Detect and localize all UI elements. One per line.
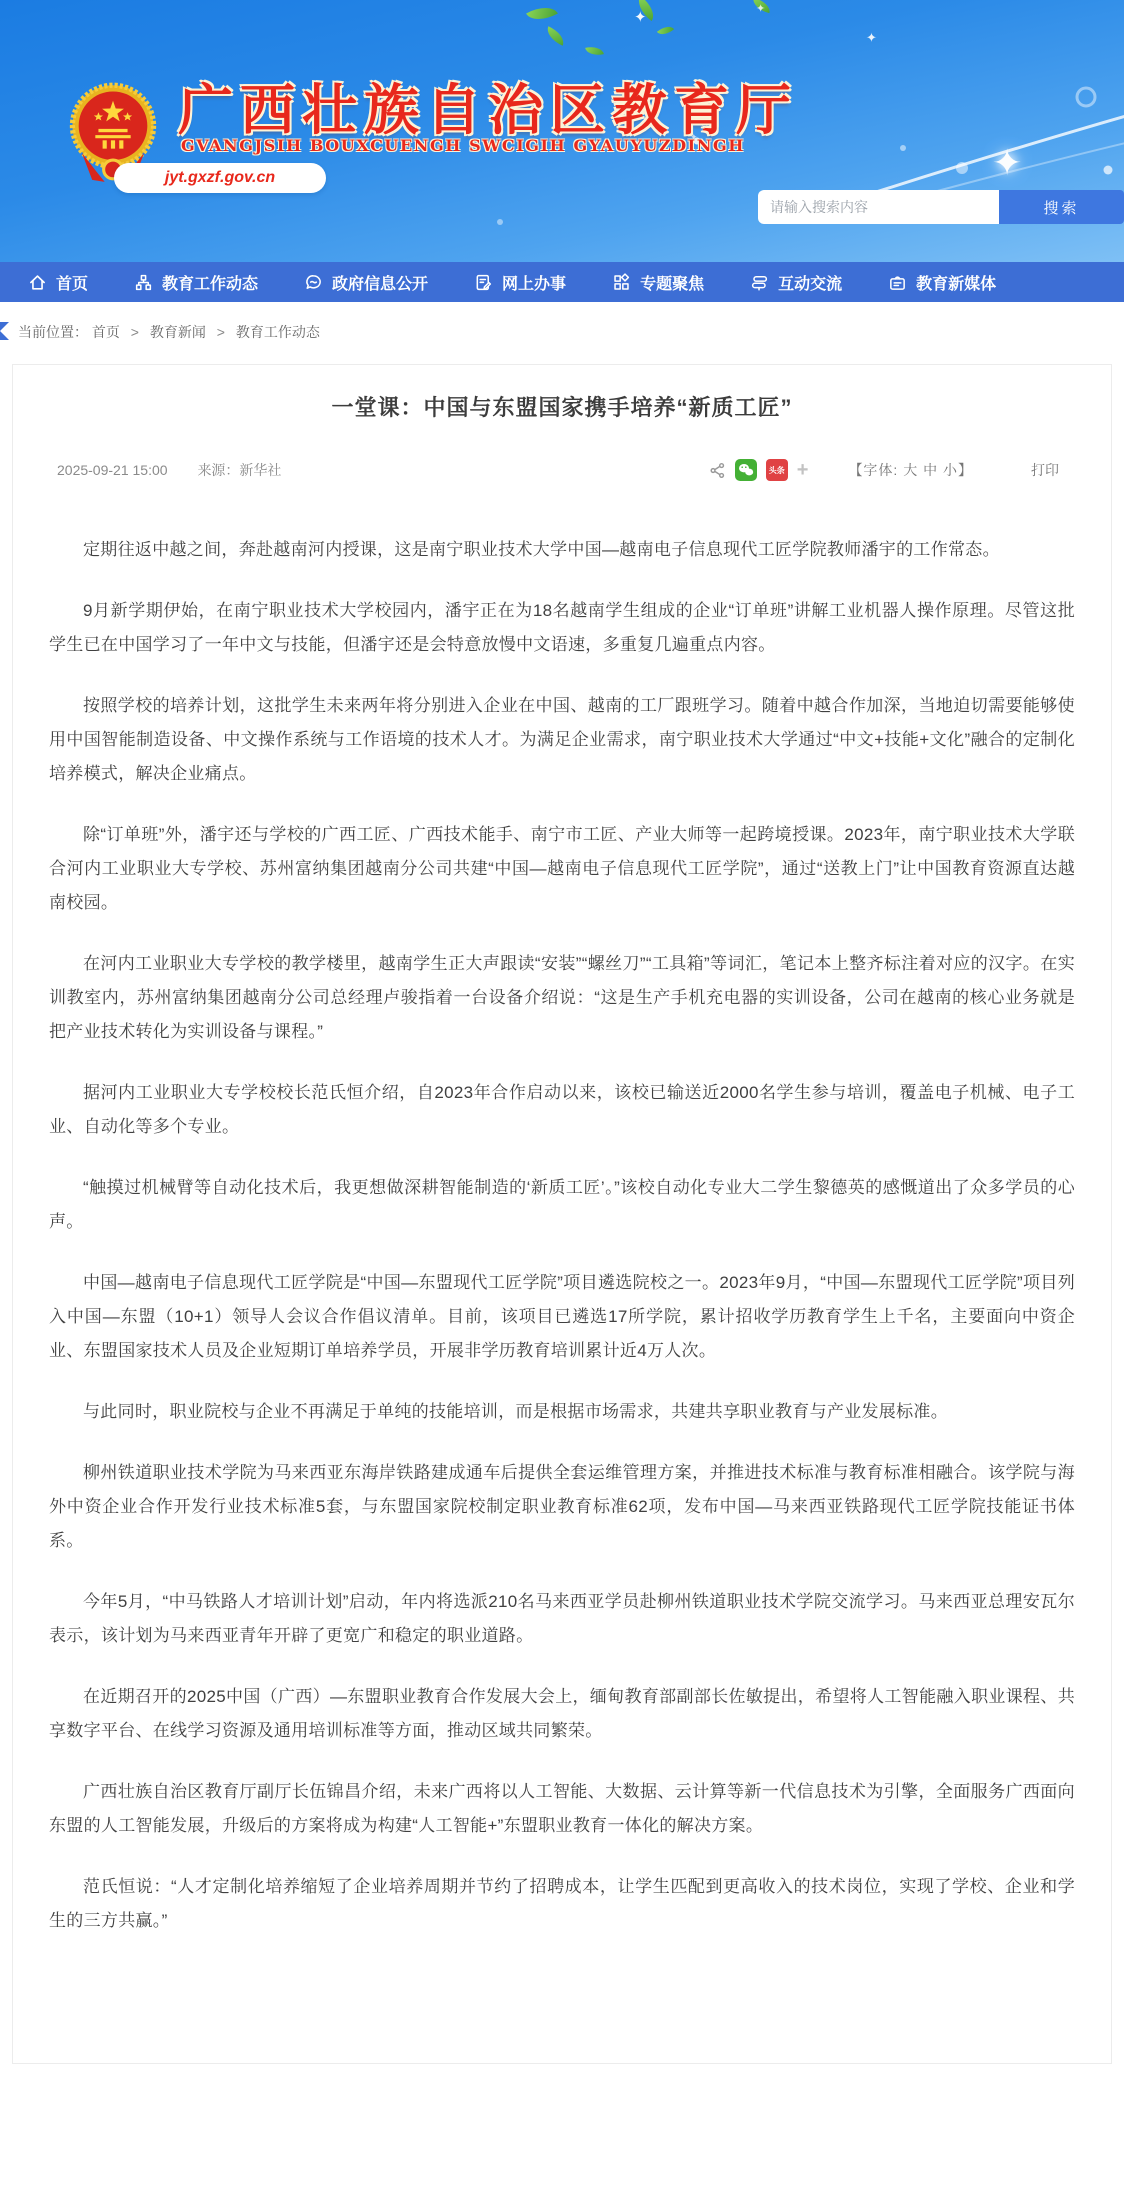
nav-item-home[interactable]: 首页: [28, 271, 88, 294]
sparkle-icon: ✦: [756, 2, 765, 15]
home-icon: [28, 273, 47, 292]
chat-icon: [750, 273, 769, 292]
article-paragraph: 9月新学期伊始，在南宁职业技术大学校园内，潘宇正在为18名越南学生组成的企业“订…: [49, 594, 1075, 662]
comment-icon: [304, 273, 323, 292]
grid-icon: [612, 273, 631, 292]
article-paragraph: 今年5月，“中马铁路人才培训计划”启动，年内将选派210名马来西亚学员赴柳州铁道…: [49, 1585, 1075, 1653]
nav-item-new-media[interactable]: 教育新媒体: [888, 271, 996, 294]
breadcrumb-separator: >: [131, 324, 139, 340]
search-input[interactable]: [758, 190, 999, 224]
article-paragraph: 除“订单班”外，潘宇还与学校的广西工匠、广西技术能手、南宁市工匠、产业大师等一起…: [49, 818, 1075, 920]
site-header: ✦ ✦ ✦ ✦ ✦ 广西壮族自治区教育厅 GVANGJSIH BOUXCUENG…: [0, 0, 1124, 262]
sparkle-icon: ✦: [866, 30, 877, 46]
article-date: 2025-09-21 15:00: [57, 462, 168, 478]
leaf-icon: [657, 22, 674, 39]
leaf-icon: [526, 0, 558, 26]
search-bar: 搜索: [758, 190, 1124, 224]
article-paragraph: “触摸过机械臂等自动化技术后，我更想做深耕智能制造的‘新质工匠’。”该校自动化专…: [49, 1171, 1075, 1239]
main-nav: 首页 教育工作动态 政府信息公开 网上办事 专题聚焦: [0, 262, 1124, 302]
page: ✦ ✦ ✦ ✦ ✦ 广西壮族自治区教育厅 GVANGJSIH BOUXCUENG…: [0, 0, 1124, 2064]
article-paragraph: 中国—越南电子信息现代工匠学院是“中国—东盟现代工匠学院”项目遴选院校之一。20…: [49, 1266, 1075, 1368]
article-container: 一堂课：中国与东盟国家携手培养“新质工匠” 2025-09-21 15:00 来…: [12, 364, 1112, 2064]
wechat-share-icon[interactable]: [735, 459, 757, 481]
article-paragraph: 与此同时，职业院校与企业不再满足于单纯的技能培训，而是根据市场需求，共建共享职业…: [49, 1395, 1075, 1429]
article-body: 定期往返中越之间，奔赴越南河内授课，这是南宁职业技术大学中国—越南电子信息现代工…: [49, 533, 1075, 1938]
article-paragraph: 按照学校的培养计划，这批学生未来两年将分别进入企业在中国、越南的工厂跟班学习。随…: [49, 689, 1075, 791]
toutiao-share-icon[interactable]: 头条: [766, 459, 788, 481]
article-paragraph: 范氏恒说：“人才定制化培养缩短了企业培养周期并节约了招聘成本，让学生匹配到更高收…: [49, 1870, 1075, 1938]
search-button[interactable]: 搜索: [999, 190, 1124, 224]
share-icon[interactable]: [709, 462, 726, 479]
site-subtitle: GVANGJSIH BOUXCUENGH SWCIGIH GYAUYUZDING…: [181, 136, 745, 155]
nav-item-special-topics[interactable]: 专题聚焦: [612, 271, 704, 294]
article-meta-left: 2025-09-21 15:00 来源：新华社: [57, 460, 307, 480]
article-paragraph: 在河内工业职业大专学校的教学楼里，越南学生正大声跟读“安装”“螺丝刀”“工具箱”…: [49, 947, 1075, 1049]
breadcrumb-link-work-trends[interactable]: 教育工作动态: [236, 324, 320, 340]
breadcrumb: 当前位置： 首页 > 教育新闻 > 教育工作动态: [0, 302, 1124, 356]
nav-item-online-services[interactable]: 网上办事: [474, 271, 566, 294]
nav-item-gov-info[interactable]: 政府信息公开: [304, 271, 428, 294]
breadcrumb-separator: >: [217, 324, 225, 340]
breadcrumb-prefix: 当前位置：: [18, 324, 88, 340]
article-meta: 2025-09-21 15:00 来源：新华社 头条 + 【字体: 大 中 小】…: [49, 459, 1075, 481]
article-paragraph: 在近期召开的2025中国（广西）—东盟职业教育合作发展大会上，缅甸教育部副部长佐…: [49, 1680, 1075, 1748]
breadcrumb-link-education-news[interactable]: 教育新闻: [150, 324, 206, 340]
article-paragraph: 广西壮族自治区教育厅副厅长伍锦昌介绍，未来广西将以人工智能、大数据、云计算等新一…: [49, 1775, 1075, 1843]
leaf-icon: [543, 26, 567, 46]
article-paragraph: 据河内工业职业大专学校校长范氏恒介绍，自2023年合作启动以来，该校已输送近20…: [49, 1076, 1075, 1144]
article-paragraph: 柳州铁道职业技术学院为马来西亚东海岸铁路建成通车后提供全套运维管理方案，并推进技…: [49, 1456, 1075, 1558]
article-source: 来源：新华社: [197, 462, 281, 478]
sitemap-icon: [134, 273, 153, 292]
nav-item-interaction[interactable]: 互动交流: [750, 271, 842, 294]
leaf-icon: [585, 44, 604, 57]
breadcrumb-marker-icon: [0, 322, 9, 340]
share-buttons: 头条 +: [709, 459, 809, 481]
article-title: 一堂课：中国与东盟国家携手培养“新质工匠”: [49, 393, 1075, 423]
site-url-badge: jyt.gxzf.gov.cn: [114, 163, 326, 193]
site-title: 广西壮族自治区教育厅: [178, 66, 798, 145]
form-icon: [474, 273, 493, 292]
article-paragraph: 定期往返中越之间，奔赴越南河内授课，这是南宁职业技术大学中国—越南电子信息现代工…: [49, 533, 1075, 567]
font-size-control[interactable]: 【字体: 大 中 小】: [848, 460, 973, 480]
breadcrumb-link-home[interactable]: 首页: [92, 324, 120, 340]
nav-item-education-news[interactable]: 教育工作动态: [134, 271, 258, 294]
more-share-icon[interactable]: +: [797, 460, 809, 480]
badge-icon: [888, 273, 907, 292]
print-button[interactable]: 打印: [1031, 460, 1059, 480]
article-meta-right: 头条 + 【字体: 大 中 小】 打印: [709, 459, 1067, 481]
big-sparkle-icon: ✦: [992, 142, 1022, 184]
sparkle-icon: ✦: [634, 8, 647, 26]
